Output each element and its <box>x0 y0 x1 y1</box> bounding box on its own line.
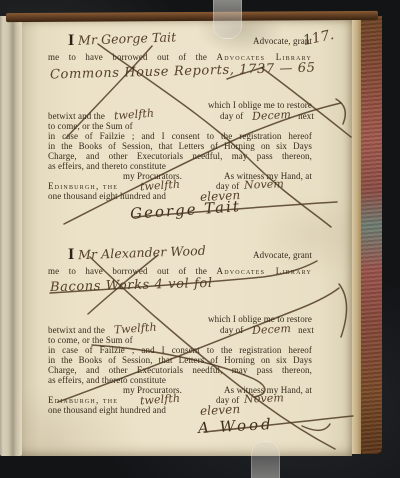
borrower-name-handwritten: Mr Alexander Wood <box>78 243 206 262</box>
printed-advocate-grant: Advocate, grant <box>253 250 312 260</box>
printed-day-of: day of <box>220 325 243 335</box>
form1-book-entry: Commons House Reports, 1737 — 65 <box>48 64 312 82</box>
borrowing-form-1: I Mr George Tait Advocate, grant me to h… <box>48 36 312 226</box>
printed-effeirs: as effeirs, and thereto constitute <box>48 375 166 385</box>
page-block-edge <box>352 18 361 454</box>
printed-library-name: Advocates Library <box>217 266 313 276</box>
book-title-handwritten: Commons House Reports, 1737 — 65 <box>50 61 316 83</box>
book-page: 117. I Mr George Tait Advocate, grant me… <box>22 20 352 456</box>
form2-header-line: I Mr Alexander Wood Advocate, grant <box>48 250 312 262</box>
form2-signature-line: A Wood <box>48 413 312 439</box>
signed-month-handwritten: Novem <box>244 391 284 405</box>
printed-effeirs: as effeirs, and thereto constitute <box>48 161 166 171</box>
marbled-fore-edge <box>361 16 382 454</box>
borrowing-form-2: I Mr Alexander Wood Advocate, grant me t… <box>48 250 312 440</box>
printed-charge: Charge, and other Executorials needful, … <box>48 151 312 161</box>
printed-betwixt: betwixt and the <box>48 325 105 335</box>
book-photograph: 117. I Mr George Tait Advocate, grant me… <box>0 0 400 478</box>
page-gutter <box>0 16 24 456</box>
printed-books-of-session: in the Books of Session, that Letters of… <box>48 355 312 365</box>
form2-book-entry: Bacons Works 4 vol fol <box>48 278 312 296</box>
printed-initial: I <box>68 32 74 50</box>
borrower-signature: A Wood <box>198 415 275 437</box>
conservation-strap-top <box>213 0 242 39</box>
printed-borrowed-text: me to have borrowed out of the <box>48 266 207 276</box>
printed-initial: I <box>68 246 74 264</box>
printed-next: next <box>298 111 314 121</box>
printed-failzie: in case of Failzie ; and I consent to th… <box>48 131 312 141</box>
printed-edinburgh: Edinburgh, the <box>48 181 118 191</box>
printed-to-come: to come, or the Sum of <box>48 121 133 131</box>
form1-signature-line: George Tait <box>48 199 312 225</box>
book-title-handwritten: Bacons Works 4 vol fol <box>50 276 213 295</box>
borrower-name-handwritten: Mr George Tait <box>78 29 177 47</box>
printed-books-of-session: in the Books of Session, that Letters of… <box>48 141 312 151</box>
borrower-signature: George Tait <box>130 197 242 223</box>
printed-day-of: day of <box>220 111 243 121</box>
printed-to-come: to come, or the Sum of <box>48 335 133 345</box>
printed-advocate-grant: Advocate, grant <box>253 36 312 46</box>
signed-month-handwritten: Novem <box>244 177 284 191</box>
printed-edinburgh: Edinburgh, the <box>48 395 118 405</box>
printed-failzie: in case of Failzie ; and I consent to th… <box>48 345 312 355</box>
printed-oblige-text: which I oblige me to restore <box>208 314 312 324</box>
conservation-strap-bottom <box>251 441 280 478</box>
printed-charge: Charge, and other Executorials needful, … <box>48 365 312 375</box>
printed-borrowed-text: me to have borrowed out of the <box>48 52 207 62</box>
printed-oblige-text: which I oblige me to restore <box>208 100 312 110</box>
printed-next: next <box>298 325 314 335</box>
printed-betwixt: betwixt and the <box>48 111 105 121</box>
form1-header-line: I Mr George Tait Advocate, grant <box>48 36 312 48</box>
